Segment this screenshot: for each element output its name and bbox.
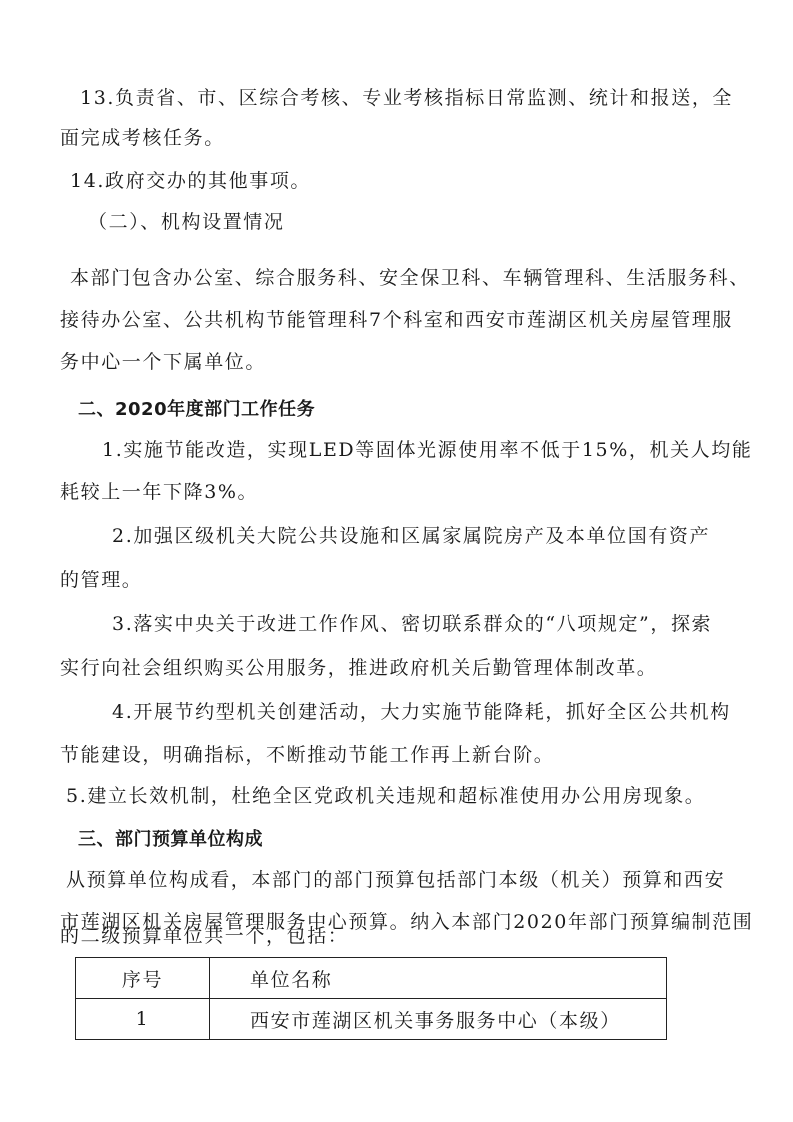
header-unit-name: 单位名称 — [210, 958, 667, 999]
header-index: 序号 — [76, 958, 210, 999]
budget-units-table: 序号 单位名称 1 西安市莲湖区机关事务服务中心（本级） — [75, 957, 667, 1040]
paragraph-line: 节能建设，明确指标，不断推动节能工作再上新台阶。 — [60, 743, 554, 767]
paragraph-line: 面完成考核任务。 — [60, 126, 225, 150]
paragraph-line: 接待办公室、公共机构节能管理科7个科室和西安市莲湖区机关房屋管理服 — [60, 308, 733, 332]
paragraph-line: 4.开展节约型机关创建活动，大力实施节能降耗，抓好全区公共机构 — [112, 700, 731, 724]
paragraph-line: 耗较上一年下降3%。 — [60, 480, 258, 504]
paragraph-line: 从预算单位构成看，本部门的部门预算包括部门本级（机关）预算和西安 — [66, 868, 725, 892]
paragraph-line: 务中心一个下属单位。 — [60, 350, 266, 374]
section-heading: 三、部门预算单位构成 — [78, 828, 263, 852]
cell-index: 1 — [76, 999, 210, 1040]
paragraph-line: 实行向社会组织购买公用服务，推进政府机关后勤管理体制改革。 — [60, 656, 657, 680]
paragraph-line: 2.加强区级机关大院公共设施和区属家属院房产及本单位国有资产 — [112, 524, 710, 548]
table-header-row: 序号 单位名称 — [76, 958, 667, 999]
paragraph-line: 本部门包含办公室、综合服务科、安全保卫科、车辆管理科、生活服务科、 — [70, 266, 750, 290]
paragraph-line: 的二级预算单位共一个，包括： — [60, 924, 348, 948]
paragraph-line: 13.负责省、市、区综合考核、专业考核指标日常监测、统计和报送，全 — [80, 86, 733, 110]
paragraph-line: 5.建立长效机制，杜绝全区党政机关违规和超标准使用办公用房现象。 — [66, 784, 705, 808]
paragraph-line: 14.政府交办的其他事项。 — [70, 169, 311, 193]
paragraph-line: 1.实施节能改造，实现LED等固体光源使用率不低于15%，机关人均能 — [102, 438, 752, 462]
paragraph-line: 的管理。 — [60, 568, 142, 592]
paragraph-line: 3.落实中央关于改进工作作风、密切联系群众的“八项规定”，探索 — [112, 612, 712, 636]
table-row: 1 西安市莲湖区机关事务服务中心（本级） — [76, 999, 667, 1040]
paragraph-line: （二）、机构设置情况 — [88, 210, 285, 234]
cell-unit-name: 西安市莲湖区机关事务服务中心（本级） — [210, 999, 667, 1040]
section-heading: 二、2020年度部门工作任务 — [78, 398, 315, 422]
